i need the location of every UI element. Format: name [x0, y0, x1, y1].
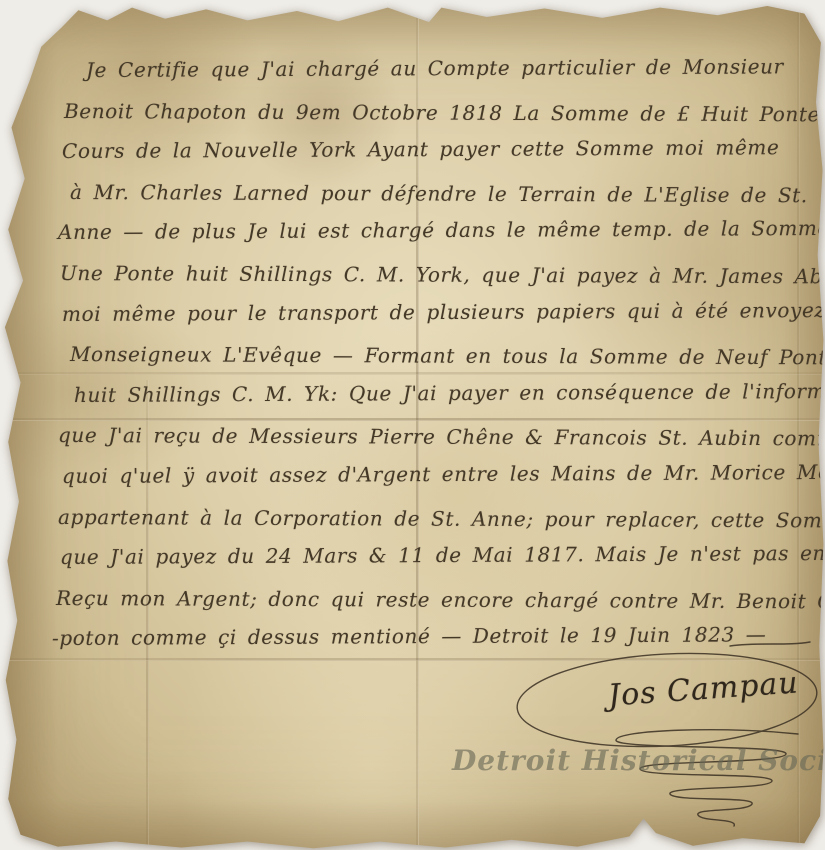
letter-line: quoi q'uel ÿ avoit assez d'Argent entre … — [62, 452, 798, 496]
paper-sheet: Je Certifie que J'ai chargé au Compte pa… — [0, 0, 825, 850]
letter-line: Cours de la Nouvelle York Ayant payer ce… — [62, 127, 798, 171]
dash-stroke — [730, 642, 810, 646]
signature-block: Jos Campau — [498, 638, 823, 838]
letter-line: moi même pour le transport de plusieurs … — [62, 290, 798, 334]
paper-shadow: Je Certifie que J'ai chargé au Compte pa… — [0, 0, 825, 850]
letter-line: que J'ai payez du 24 Mars & 11 de Mai 18… — [60, 533, 798, 577]
watermark: Detroit Historical Society — [452, 744, 825, 777]
letter-line: Anne — de plus Je lui est chargé dans le… — [58, 209, 798, 253]
letter-body: Je Certifie que J'ai chargé au Compte pa… — [58, 50, 798, 659]
letter-line: huit Shillings C. M. Yk: Que J'ai payer … — [74, 371, 798, 415]
letter-line: Je Certifie que J'ai chargé au Compte pa… — [86, 46, 798, 90]
scanned-document: Je Certifie que J'ai chargé au Compte pa… — [0, 0, 825, 850]
